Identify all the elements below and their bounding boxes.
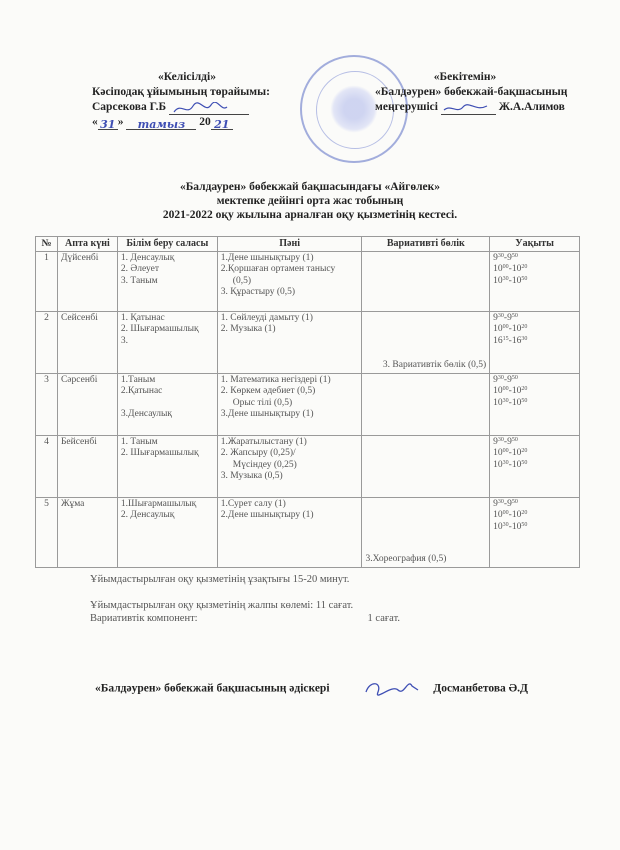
row-times: 930-9501000-10201030-1050 [490, 251, 580, 311]
area-item: 2. Шығармашылық [121, 324, 214, 336]
row-times: 930-9501000-10201030-1050 [490, 373, 580, 435]
row-variative [362, 435, 490, 497]
column-header: Уақыты [490, 237, 580, 252]
row-day: Сейсенбі [57, 311, 117, 373]
subject-item: 2.Дене шынықтыру (1) [221, 510, 359, 522]
schedule-table: №Апта күніБілім беру саласыПәніВариативт… [35, 236, 580, 568]
area-item: 1. Таным [121, 437, 214, 449]
table-row: 2Сейсенбі1. Қатынас2. Шығармашылық3.1. С… [36, 311, 580, 373]
area-item: 3. [121, 336, 214, 348]
title-line-1: «Балдаурен» бөбекжай бақшасындағы «Айгөл… [0, 180, 620, 194]
title-line-2: мектепке дейінгі орта жас тобының [0, 194, 620, 208]
column-header: № [36, 237, 58, 252]
date-month: тамыз [126, 117, 196, 130]
approval-left-name: Сарсекова Г.Б [92, 101, 166, 113]
subject-item: 1. Сөйлеуді дамыту (1) [221, 313, 359, 325]
approval-right-name: Ж.А.Алимов [499, 101, 565, 113]
time-slot: 930-950 [493, 499, 576, 511]
approval-left-name-row: Сарсекова Г.Б [92, 100, 282, 115]
area-item: 1.Таным [121, 375, 214, 387]
subject-item: 1.Сурет салу (1) [221, 499, 359, 511]
subject-item: Мүсіндеу (0,25) [221, 460, 359, 472]
time-slot: 930-950 [493, 313, 576, 325]
time-slot: 930-950 [493, 375, 576, 387]
footer: «Балдәурен» бөбекжай бақшасының әдіскері… [95, 678, 528, 700]
time-slot: 1030-1050 [493, 460, 576, 472]
notes: Ұйымдастырылған оқу қызметінің ұзақтығы … [90, 573, 400, 625]
approval-left: «Келісілді» Кәсіподақ ұйымының төрайымы:… [92, 70, 282, 130]
column-header: Пәні [217, 237, 362, 252]
table-row: 3Сәрсенбі1.Таным2.Қатынас 3.Денсаулық1. … [36, 373, 580, 435]
area-item: 1.Шығармашылық [121, 499, 214, 511]
note-variative-value: 1 сағат. [368, 612, 400, 625]
subject-item: 3.Дене шынықтыру (1) [221, 409, 359, 421]
row-subjects: 1. Математика негіздері (1)2. Көркем әде… [217, 373, 362, 435]
time-slot: 1000-1020 [493, 324, 576, 336]
subject-item: 1.Дене шынықтыру (1) [221, 253, 359, 265]
row-areas: 1. Қатынас2. Шығармашылық3. [117, 311, 217, 373]
area-item: 1. Қатынас [121, 313, 214, 325]
column-header: Вариативті бөлік [362, 237, 490, 252]
area-item: 2. Шығармашылық [121, 448, 214, 460]
row-times: 930-9501000-10201615-1630 [490, 311, 580, 373]
time-slot: 930-950 [493, 253, 576, 265]
row-day: Жұма [57, 497, 117, 567]
time-slot: 1030-1050 [493, 276, 576, 288]
row-number: 3 [36, 373, 58, 435]
row-number: 5 [36, 497, 58, 567]
row-day: Дүйсенбі [57, 251, 117, 311]
table-row: 4Бейсенбі1. Таным2. Шығармашылық1.Жараты… [36, 435, 580, 497]
emblem-icon [330, 85, 378, 133]
area-item: 2. Денсаулық [121, 510, 214, 522]
subject-item: 2.Қоршаған ортамен танысу [221, 264, 359, 276]
note-variative: Вариативтік компонент: 1 сағат. [90, 612, 400, 625]
table-header-row: №Апта күніБілім беру саласыПәніВариативт… [36, 237, 580, 252]
row-subjects: 1.Сурет салу (1)2.Дене шынықтыру (1) [217, 497, 362, 567]
row-subjects: 1. Сөйлеуді дамыту (1)2. Музыка (1) [217, 311, 362, 373]
subject-item: (0,5) [221, 276, 359, 288]
date-year-prefix: 20 [199, 116, 211, 128]
row-number: 4 [36, 435, 58, 497]
subject-item: 1.Жаратылыстану (1) [221, 437, 359, 449]
row-areas: 1.Шығармашылық2. Денсаулық [117, 497, 217, 567]
title-line-3: 2021-2022 оқу жылына арналған оқу қызмет… [0, 208, 620, 222]
signature-left [169, 102, 249, 115]
column-header: Апта күні [57, 237, 117, 252]
time-slot: 930-950 [493, 437, 576, 449]
row-number: 2 [36, 311, 58, 373]
time-slot: 1615-1630 [493, 336, 576, 348]
signature-right [441, 102, 496, 115]
row-variative [362, 373, 490, 435]
row-variative: 3. Вариативтік бөлік (0,5) [362, 311, 490, 373]
subject-item: 3. Музыка (0,5) [221, 471, 359, 483]
subject-item: 2. Музыка (1) [221, 324, 359, 336]
subject-item: 2. Көркем әдебиет (0,5) [221, 386, 359, 398]
date-day: 31 [98, 117, 118, 130]
area-item [121, 398, 214, 410]
area-item: 3. Таным [121, 276, 214, 288]
note-total: Ұйымдастырылған оқу қызметінің жалпы көл… [90, 599, 400, 612]
area-item: 2. Әлеует [121, 264, 214, 276]
signature-scribble-icon [362, 678, 422, 700]
row-areas: 1. Таным2. Шығармашылық [117, 435, 217, 497]
time-slot: 1030-1050 [493, 522, 576, 534]
footer-role: «Балдәурен» бөбекжай бақшасының әдіскері [95, 683, 330, 695]
row-subjects: 1.Дене шынықтыру (1)2.Қоршаған ортамен т… [217, 251, 362, 311]
row-areas: 1. Денсаулық2. Әлеует3. Таным [117, 251, 217, 311]
subject-item: 1. Математика негіздері (1) [221, 375, 359, 387]
subject-item: 2. Жапсыру (0,25)/ [221, 448, 359, 460]
approval-right-position: меңгерушісі [375, 101, 438, 113]
row-day: Бейсенбі [57, 435, 117, 497]
table-row: 1Дүйсенбі1. Денсаулық2. Әлеует3. Таным1.… [36, 251, 580, 311]
row-areas: 1.Таным2.Қатынас 3.Денсаулық [117, 373, 217, 435]
row-day: Сәрсенбі [57, 373, 117, 435]
approval-right-heading: «Бекітемін» [375, 70, 555, 85]
signature-scribble-icon [441, 102, 491, 114]
document-title: «Балдаурен» бөбекжай бақшасындағы «Айгөл… [0, 180, 620, 222]
approval-left-heading: «Келісілді» [92, 70, 282, 85]
approval-left-date: «31» тамыз 2021 [92, 115, 282, 130]
time-slot: 1000-1020 [493, 448, 576, 460]
approval-right: «Бекітемін» «Балдәурен» бөбекжай-бақшасы… [375, 70, 567, 115]
row-times: 930-9501000-10201030-1050 [490, 497, 580, 567]
subject-item: 3. Құрастыру (0,5) [221, 287, 359, 299]
area-item: 1. Денсаулық [121, 253, 214, 265]
time-slot: 1030-1050 [493, 398, 576, 410]
approval-right-name-row: меңгерушісі Ж.А.Алимов [375, 100, 567, 115]
column-header: Білім беру саласы [117, 237, 217, 252]
row-variative: 3.Хореография (0,5) [362, 497, 490, 567]
time-slot: 1000-1020 [493, 510, 576, 522]
approval-left-position: Кәсіподақ ұйымының төрайымы: [92, 85, 282, 100]
signature-scribble-icon [169, 102, 229, 116]
subject-item: Орыс тілі (0,5) [221, 398, 359, 410]
row-variative [362, 251, 490, 311]
area-item: 3.Денсаулық [121, 409, 214, 421]
footer-name: Досманбетова Ә.Д [433, 683, 528, 695]
time-slot: 1000-1020 [493, 264, 576, 276]
area-item: 2.Қатынас [121, 386, 214, 398]
note-variative-label: Вариативтік компонент: [90, 612, 198, 625]
row-subjects: 1.Жаратылыстану (1)2. Жапсыру (0,25)/Мүс… [217, 435, 362, 497]
row-times: 930-9501000-10201030-1050 [490, 435, 580, 497]
date-year-suffix: 21 [211, 117, 233, 130]
note-duration: Ұйымдастырылған оқу қызметінің ұзақтығы … [90, 573, 400, 586]
row-number: 1 [36, 251, 58, 311]
approval-right-org: «Балдәурен» бөбекжай-бақшасының [375, 85, 567, 100]
time-slot: 1000-1020 [493, 386, 576, 398]
table-row: 5Жұма1.Шығармашылық2. Денсаулық1.Сурет с… [36, 497, 580, 567]
